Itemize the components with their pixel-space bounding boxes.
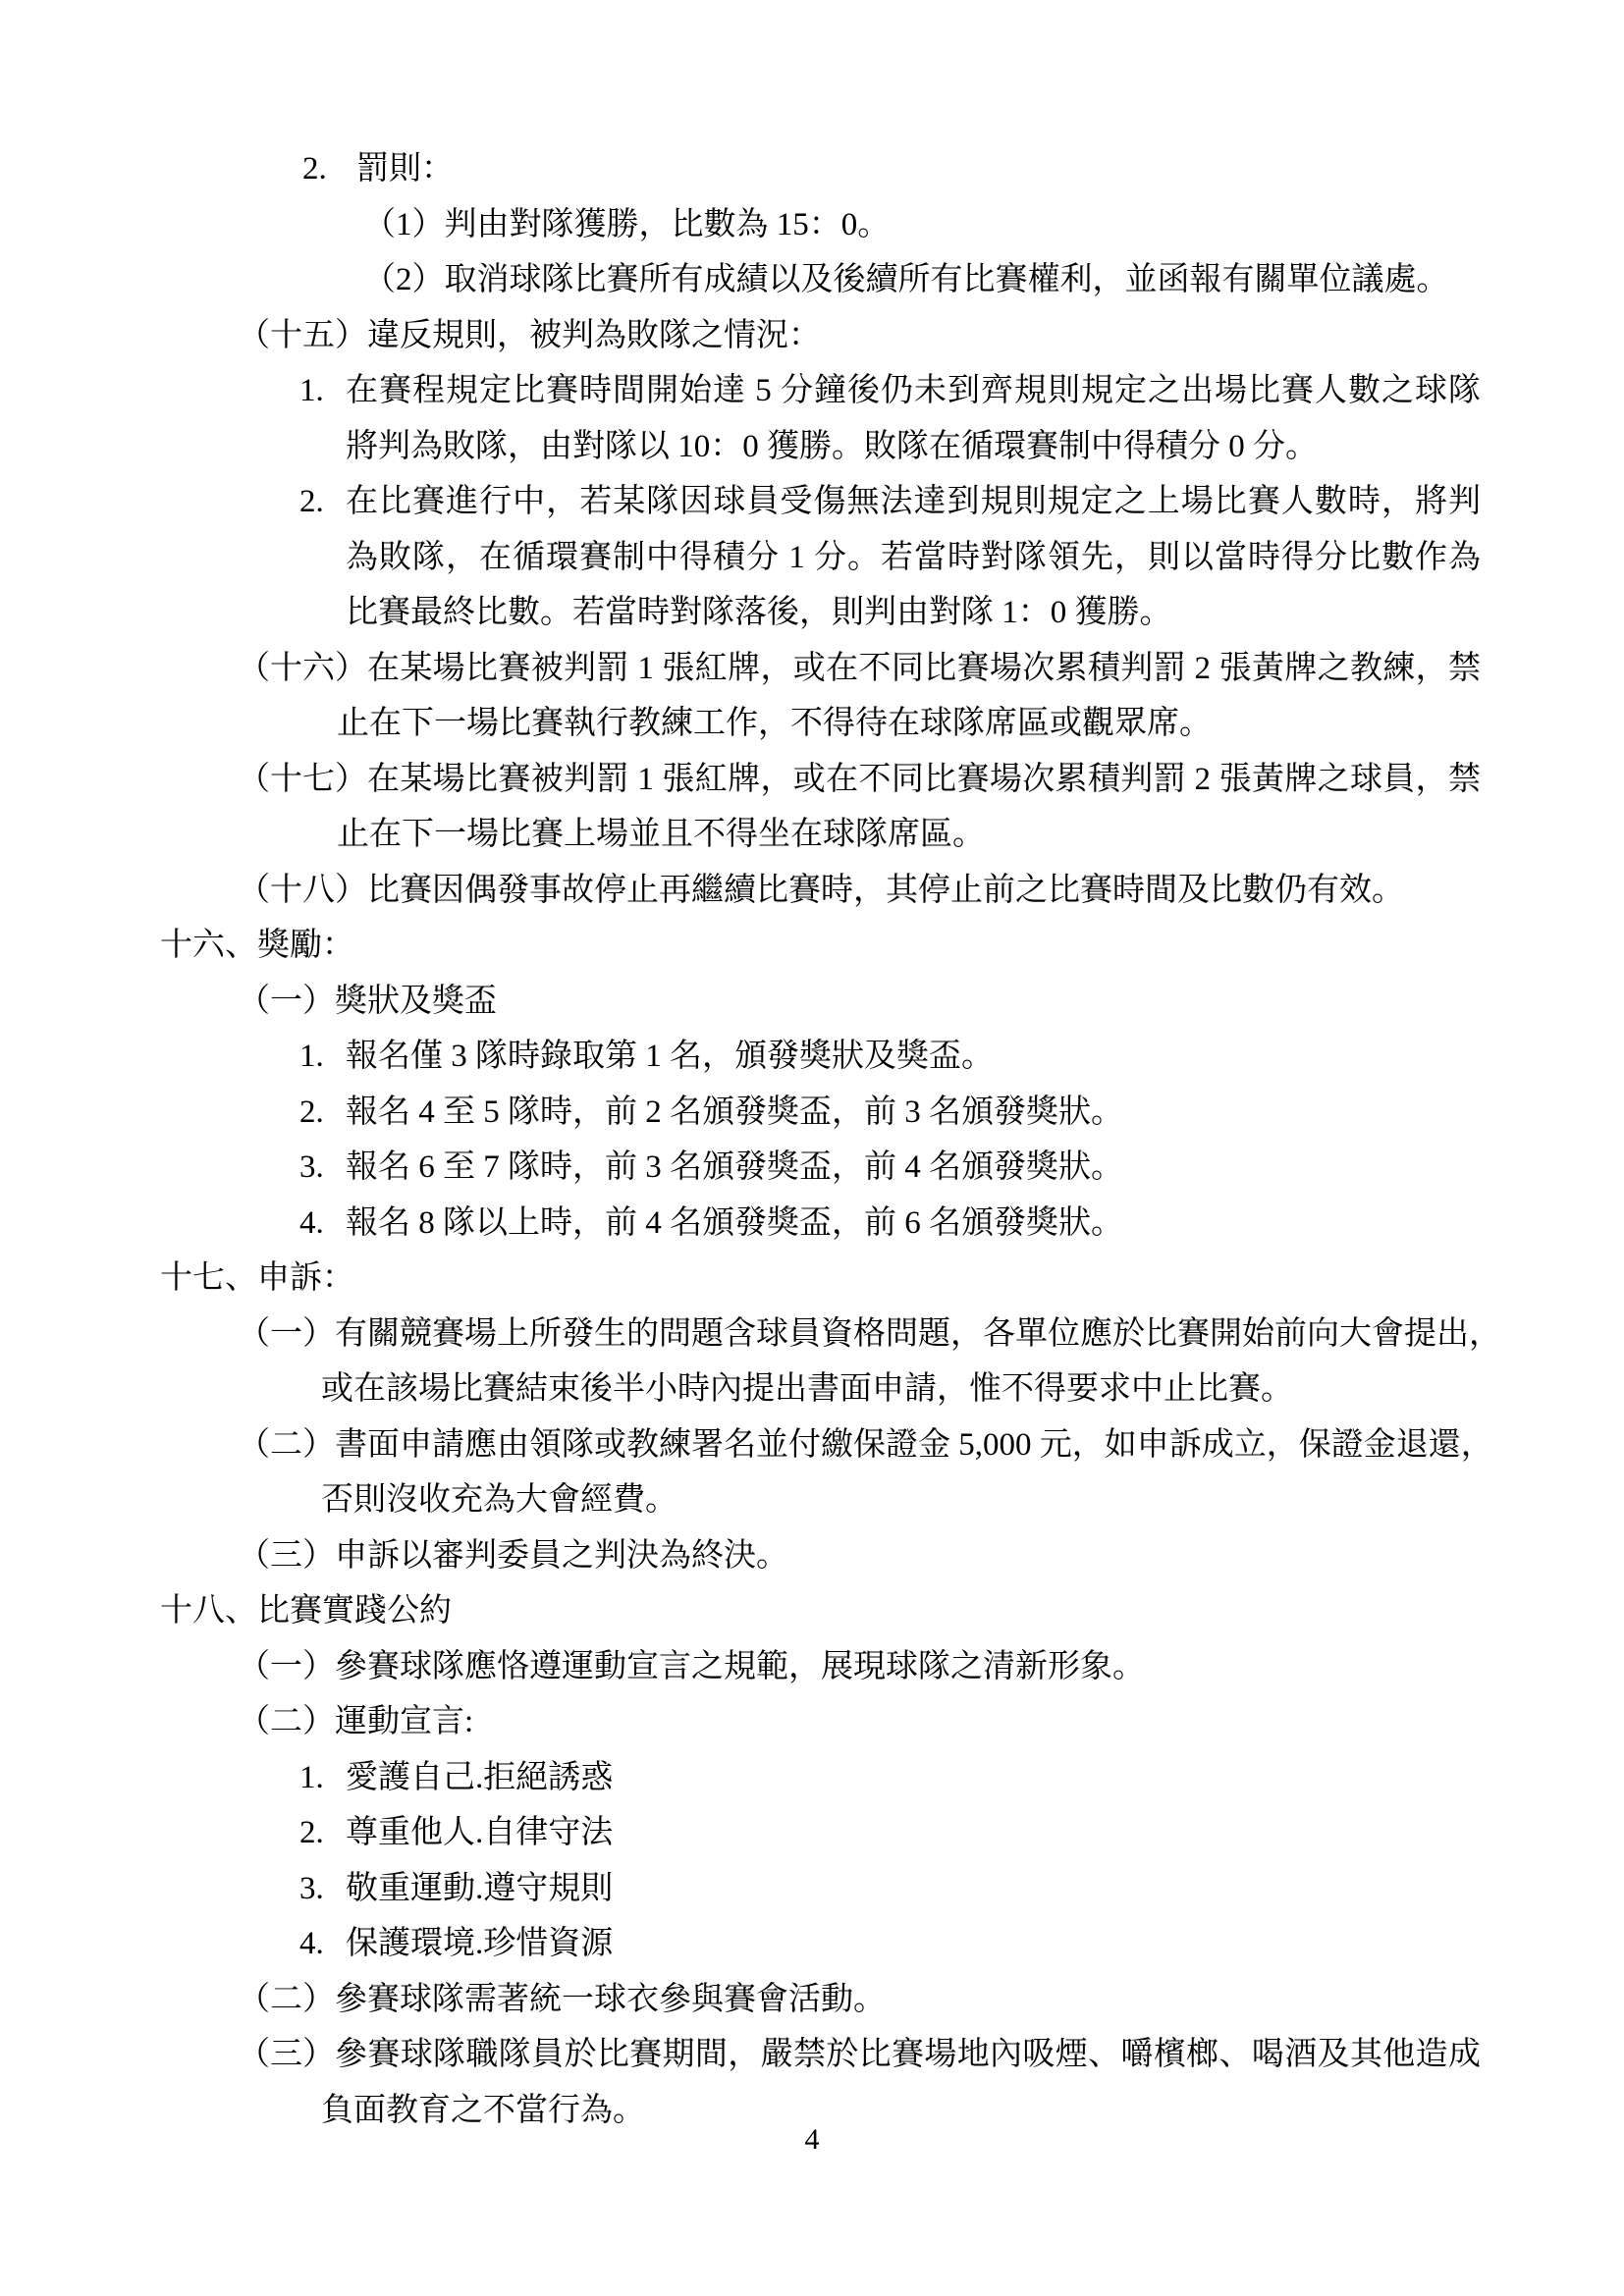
awards-sub-1: （一） 獎狀及獎盃 xyxy=(238,974,1481,1030)
declaration-item-4: 4. 保護環境.珍惜資源 xyxy=(299,1916,1481,1972)
charter-sub-uniform: （二） 參賽球隊需著統一球衣參與賽會活動。 xyxy=(238,1972,1481,2028)
list-marker: （二） xyxy=(238,1972,335,2028)
text-line: 在某場比賽被判罰 1 張紅牌，或在不同比賽場次累積判罰 2 張黃牌之教練，禁 xyxy=(337,641,1481,697)
document-page: 2. 罰則： （1） 判由對隊獲勝，比數為 15：0。 （2） 取消球隊比賽所有… xyxy=(0,0,1624,2296)
list-marker: 2. xyxy=(299,474,324,530)
clause-15: （十五） 違反規則，被判為敗隊之情況： xyxy=(238,308,1481,364)
list-marker: （一） xyxy=(238,1639,335,1695)
appeals-sub-3: （三） 申訴以審判委員之判決為終決。 xyxy=(238,1528,1481,1584)
awards-item-3: 3. 報名 6 至 7 隊時，前 3 名頒發獎盃，前 4 名頒發獎狀。 xyxy=(299,1140,1481,1196)
text-line: 申訴以審判委員之判決為終決。 xyxy=(321,1528,1481,1584)
charter-sub-1: （一） 參賽球隊應恪遵運動宣言之規範，展現球隊之清新形象。 xyxy=(238,1639,1481,1695)
text-line: 比賽因偶發事故停止再繼續比賽時，其停止前之比賽時間及比數仍有效。 xyxy=(337,863,1481,919)
text-line: 在賽程規定比賽時間開始達 5 分鐘後仍未到齊規則規定之出場比賽人數之球隊 xyxy=(346,363,1481,419)
list-marker: 2. xyxy=(299,1805,324,1861)
text-line: 參賽球隊應恪遵運動宣言之規範，展現球隊之清新形象。 xyxy=(321,1639,1481,1695)
text-line: 止在下一場比賽上場並且不得坐在球隊席區。 xyxy=(337,807,1481,863)
section-heading-charter: 十八、比賽實踐公約 xyxy=(160,1583,1481,1639)
section-heading-awards: 十六、獎勵： xyxy=(160,918,1481,974)
heading-text: 十七、申訴： xyxy=(160,1251,1481,1307)
text-line: 運動宣言: xyxy=(321,1694,1481,1750)
declaration-item-1: 1. 愛護自己.拒絕誘惑 xyxy=(299,1750,1481,1806)
text-line: 書面申請應由領隊或教練署名並付繳保證金 5,000 元，如申訴成立，保證金退還， xyxy=(321,1417,1481,1473)
text-line: 或在該場比賽結束後半小時內提出書面申請，惟不得要求中止比賽。 xyxy=(321,1362,1481,1417)
clause-16: （十六） 在某場比賽被判罰 1 張紅牌，或在不同比賽場次累積判罰 2 張黃牌之教… xyxy=(238,641,1481,752)
declaration-item-3: 3. 敬重運動.遵守規則 xyxy=(299,1861,1481,1917)
text-line: 否則沒收充為大會經費。 xyxy=(321,1472,1481,1528)
list-marker: （1） xyxy=(363,197,445,253)
list-marker: （三） xyxy=(238,1528,335,1584)
list-marker: 3. xyxy=(299,1861,324,1917)
clause-15-item-1: 1. 在賽程規定比賽時間開始達 5 分鐘後仍未到齊規則規定之出場比賽人數之球隊 … xyxy=(299,363,1481,474)
appeals-sub-1: （一） 有關競賽場上所發生的問題含球員資格問題，各單位應於比賽開始前向大會提出，… xyxy=(238,1307,1481,1417)
text-line: 在某場比賽被判罰 1 張紅牌，或在不同比賽場次累積判罰 2 張黃牌之球員，禁 xyxy=(337,752,1481,808)
text-line: 報名 8 隊以上時，前 4 名頒發獎盃，前 6 名頒發獎狀。 xyxy=(346,1196,1481,1252)
text-line: 違反規則，被判為敗隊之情況： xyxy=(337,308,1481,364)
list-marker: （十六） xyxy=(238,641,367,697)
text-line: 比賽最終比數。若當時對隊落後，則判由對隊 1：0 獲勝。 xyxy=(346,585,1481,641)
list-marker: （一） xyxy=(238,974,335,1030)
list-marker: （2） xyxy=(363,252,445,308)
list-marker: （二） xyxy=(238,1694,335,1750)
text-line: 有關競賽場上所發生的問題含球員資格問題，各單位應於比賽開始前向大會提出， xyxy=(321,1307,1481,1362)
clause-17: （十七） 在某場比賽被判罰 1 張紅牌，或在不同比賽場次累積判罰 2 張黃牌之球… xyxy=(238,752,1481,863)
page-number: 4 xyxy=(0,2120,1624,2160)
text-line: 止在下一場比賽執行教練工作，不得待在球隊席區或觀眾席。 xyxy=(337,696,1481,752)
list-item-penalty-1: （1） 判由對隊獲勝，比數為 15：0。 xyxy=(363,197,1481,253)
list-item-penalty: 2. 罰則： xyxy=(302,141,1481,197)
text-line: 判由對隊獲勝，比數為 15：0。 xyxy=(439,197,1481,253)
clause-15-item-2: 2. 在比賽進行中，若某隊因球員受傷無法達到規則規定之上場比賽人數時，將判 為敗… xyxy=(299,474,1481,641)
appeals-sub-2: （二） 書面申請應由領隊或教練署名並付繳保證金 5,000 元，如申訴成立，保證… xyxy=(238,1417,1481,1528)
text-line: 為敗隊，在循環賽制中得積分 1 分。若當時對隊領先，則以當時得分比數作為 xyxy=(346,530,1481,586)
list-marker: （十五） xyxy=(238,308,367,364)
text-line: 報名 4 至 5 隊時，前 2 名頒發獎盃，前 3 名頒發獎狀。 xyxy=(346,1085,1481,1141)
list-marker: 3. xyxy=(299,1140,324,1196)
awards-item-1: 1. 報名僅 3 隊時錄取第 1 名，頒發獎狀及獎盃。 xyxy=(299,1029,1481,1085)
clause-18: （十八） 比賽因偶發事故停止再繼續比賽時，其停止前之比賽時間及比數仍有效。 xyxy=(238,863,1481,919)
text-line: 保護環境.珍惜資源 xyxy=(346,1916,1481,1972)
text-line: 參賽球隊需著統一球衣參與賽會活動。 xyxy=(321,1972,1481,2028)
text-line: 報名 6 至 7 隊時，前 3 名頒發獎盃，前 4 名頒發獎狀。 xyxy=(346,1140,1481,1196)
awards-item-2: 2. 報名 4 至 5 隊時，前 2 名頒發獎盃，前 3 名頒發獎狀。 xyxy=(299,1085,1481,1141)
list-marker: 1. xyxy=(299,363,324,419)
list-marker: （十八） xyxy=(238,863,367,919)
text-line: 取消球隊比賽所有成績以及後續所有比賽權利，並函報有關單位議處。 xyxy=(439,252,1481,308)
list-item-penalty-2: （2） 取消球隊比賽所有成績以及後續所有比賽權利，並函報有關單位議處。 xyxy=(363,252,1481,308)
text-line: 敬重運動.遵守規則 xyxy=(346,1861,1481,1917)
list-marker: 4. xyxy=(299,1916,324,1972)
text-line: 尊重他人.自律守法 xyxy=(346,1805,1481,1861)
list-marker: 1. xyxy=(299,1750,324,1806)
text-line: 在比賽進行中，若某隊因球員受傷無法達到規則規定之上場比賽人數時，將判 xyxy=(346,474,1481,530)
list-marker: （一） xyxy=(238,1307,335,1362)
text-line: 將判為敗隊，由對隊以 10：0 獲勝。敗隊在循環賽制中得積分 0 分。 xyxy=(346,419,1481,475)
text-line: 報名僅 3 隊時錄取第 1 名，頒發獎狀及獎盃。 xyxy=(346,1029,1481,1085)
text-line: 罰則： xyxy=(356,141,1481,197)
list-marker: 2. xyxy=(302,141,327,197)
list-marker: （三） xyxy=(238,2027,335,2083)
text-line: 獎狀及獎盃 xyxy=(321,974,1481,1030)
text-line: 愛護自己.拒絕誘惑 xyxy=(346,1750,1481,1806)
heading-text: 十八、比賽實踐公約 xyxy=(160,1583,1481,1639)
list-marker: 2. xyxy=(299,1085,324,1141)
section-heading-appeals: 十七、申訴： xyxy=(160,1251,1481,1307)
declaration-item-2: 2. 尊重他人.自律守法 xyxy=(299,1805,1481,1861)
awards-item-4: 4. 報名 8 隊以上時，前 4 名頒發獎盃，前 6 名頒發獎狀。 xyxy=(299,1196,1481,1252)
charter-sub-2-declaration: （二） 運動宣言: xyxy=(238,1694,1481,1750)
list-marker: 4. xyxy=(299,1196,324,1252)
list-marker: （二） xyxy=(238,1417,335,1473)
heading-text: 十六、獎勵： xyxy=(160,918,1481,974)
text-line: 參賽球隊職隊員於比賽期間，嚴禁於比賽場地內吸煙、嚼檳榔、喝酒及其他造成 xyxy=(321,2027,1481,2083)
list-marker: （十七） xyxy=(238,752,367,808)
list-marker: 1. xyxy=(299,1029,324,1085)
